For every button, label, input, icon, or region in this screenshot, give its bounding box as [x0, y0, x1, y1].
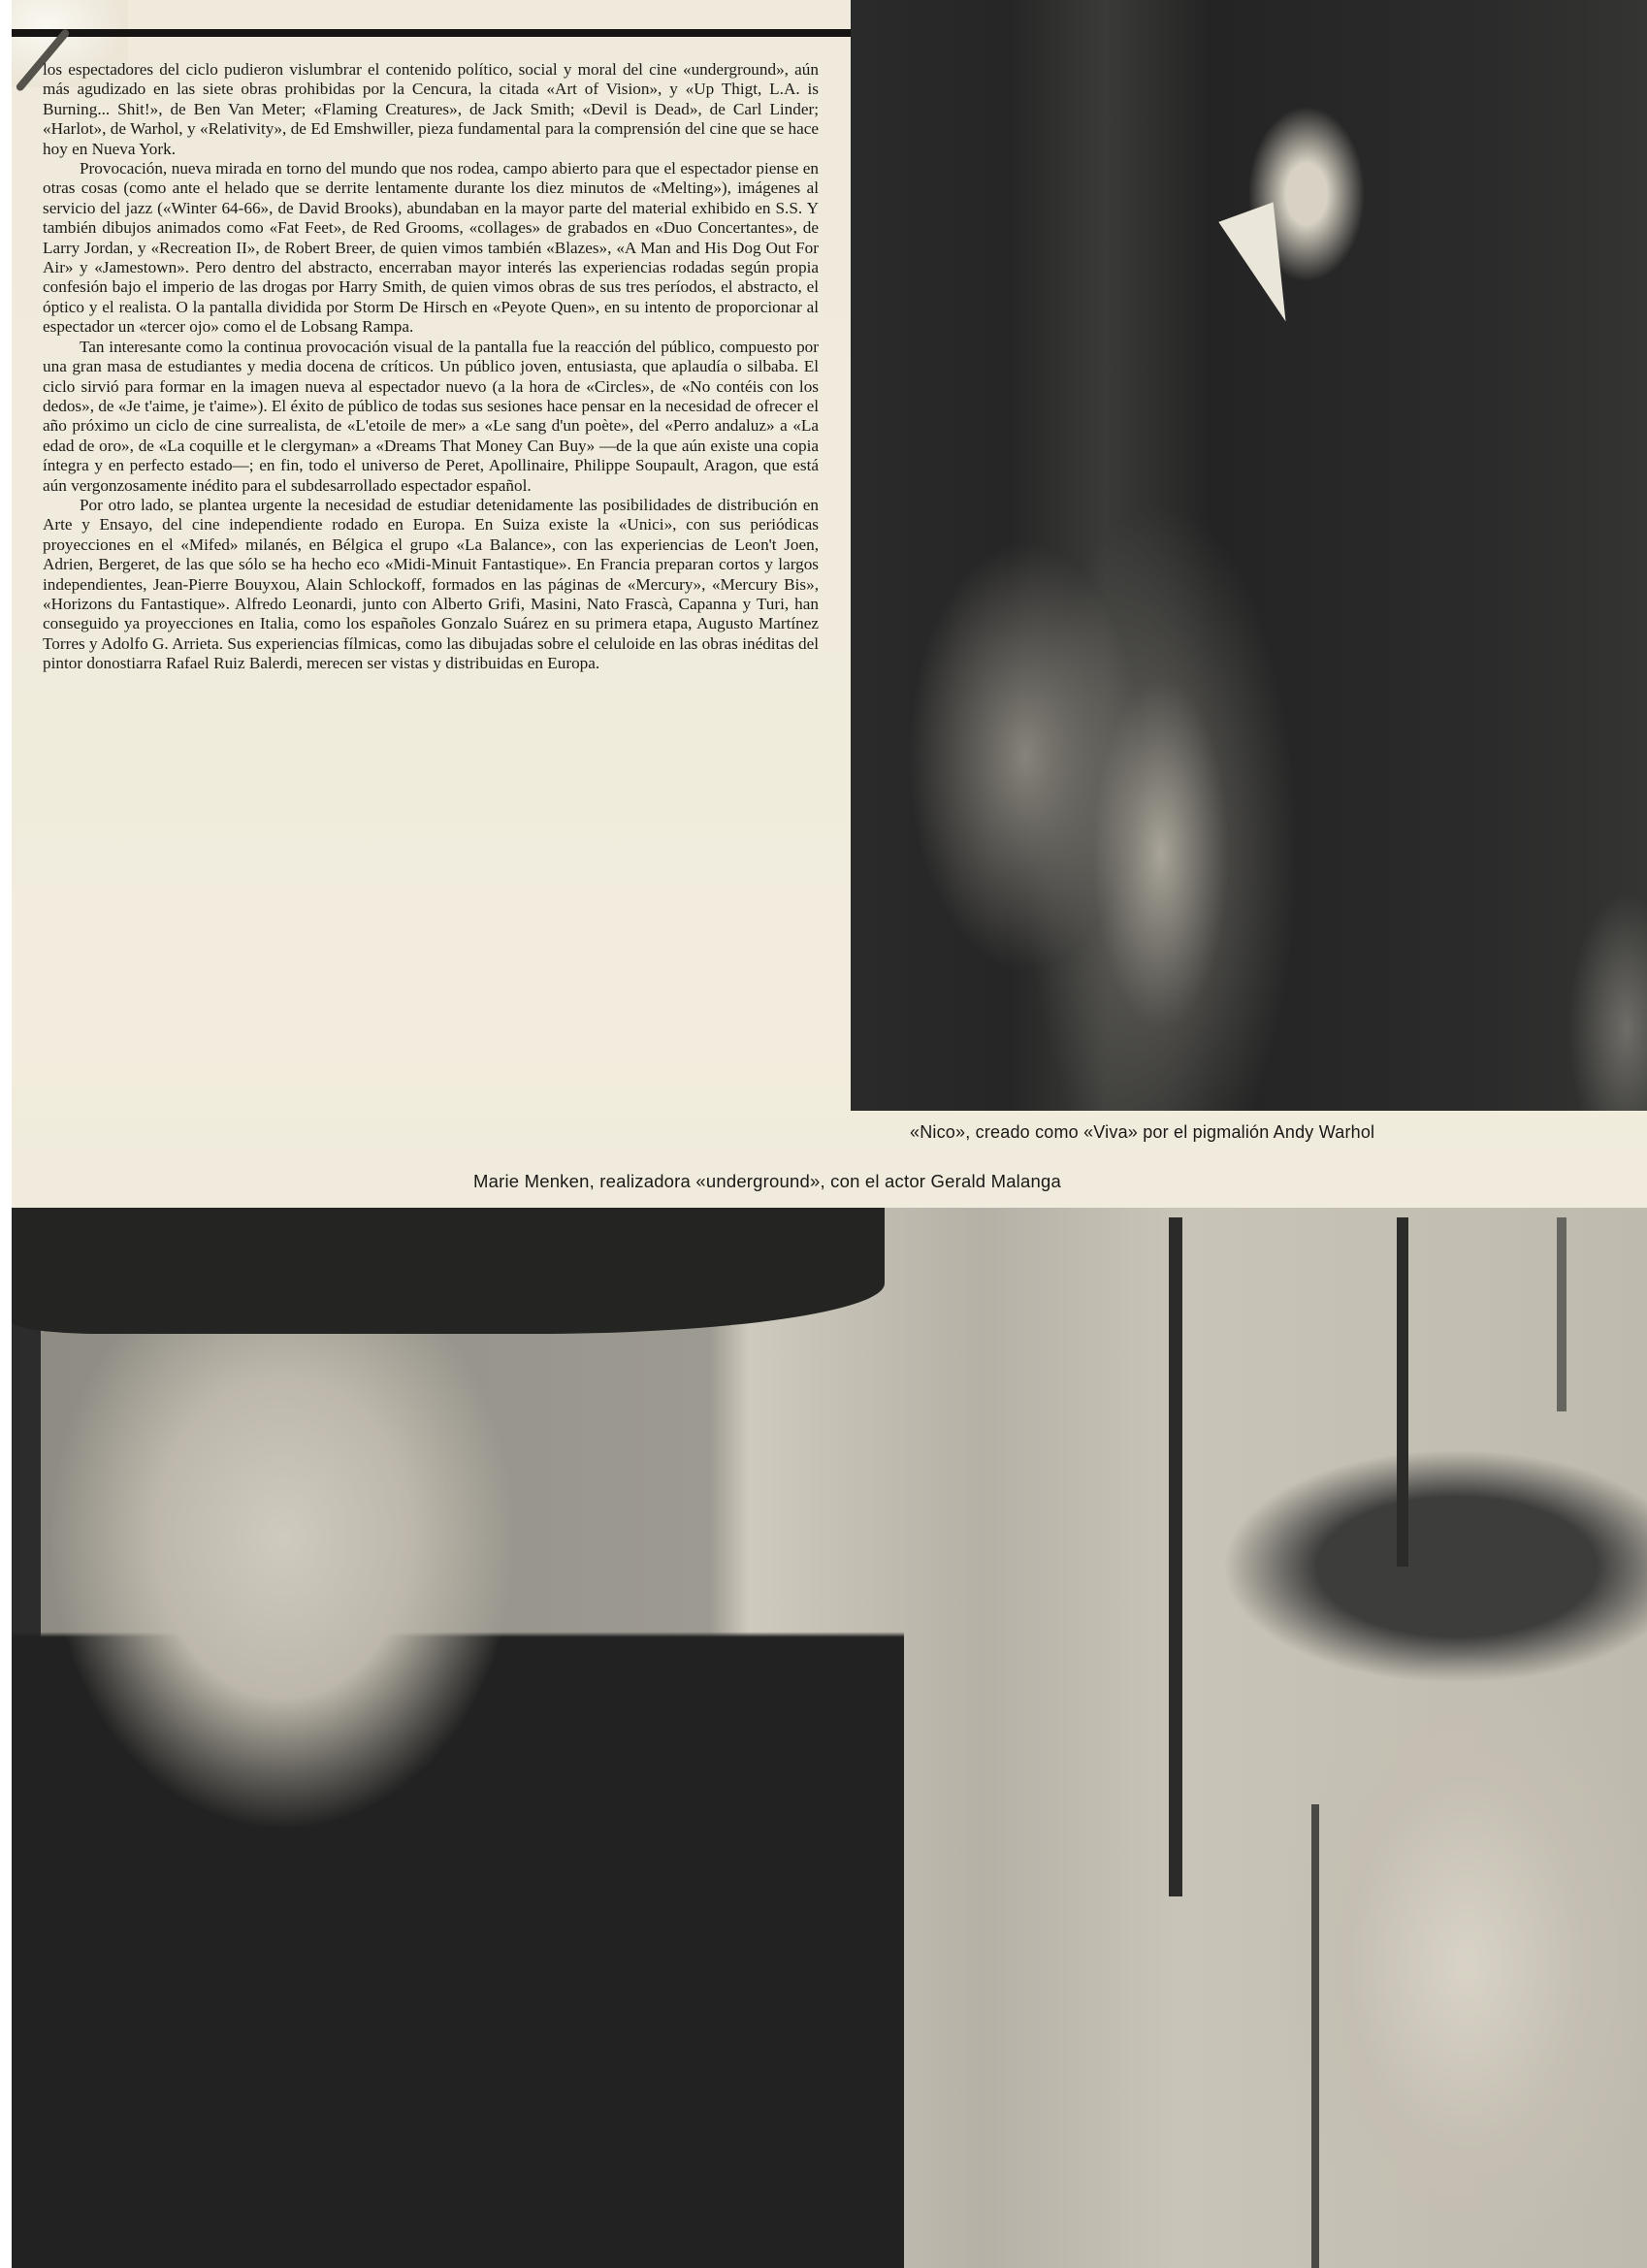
paragraph-1: los espectadores del ciclo pudieron visl…	[43, 60, 819, 159]
background-pole	[1311, 1804, 1319, 2268]
paragraph-2: Provocación, nueva mirada en torno del m…	[43, 159, 819, 338]
background-pole	[1557, 1217, 1566, 1411]
nico-photo	[851, 0, 1647, 1111]
paragraph-4: Por otro lado, se plantea urgente la nec…	[43, 496, 819, 674]
nico-photo-caption: «Nico», creado como «Viva» por el pigmal…	[910, 1122, 1374, 1143]
background-pole	[1397, 1217, 1408, 1567]
menken-hat-shape	[12, 1208, 885, 1334]
article-body: los espectadores del ciclo pudieron visl…	[43, 60, 819, 674]
header-rule	[12, 29, 851, 37]
paragraph-3: Tan interesante como la continua provoca…	[43, 338, 819, 496]
menken-photo-caption: Marie Menken, realizadora «underground»,…	[473, 1171, 1061, 1192]
background-pole	[1169, 1217, 1182, 1896]
